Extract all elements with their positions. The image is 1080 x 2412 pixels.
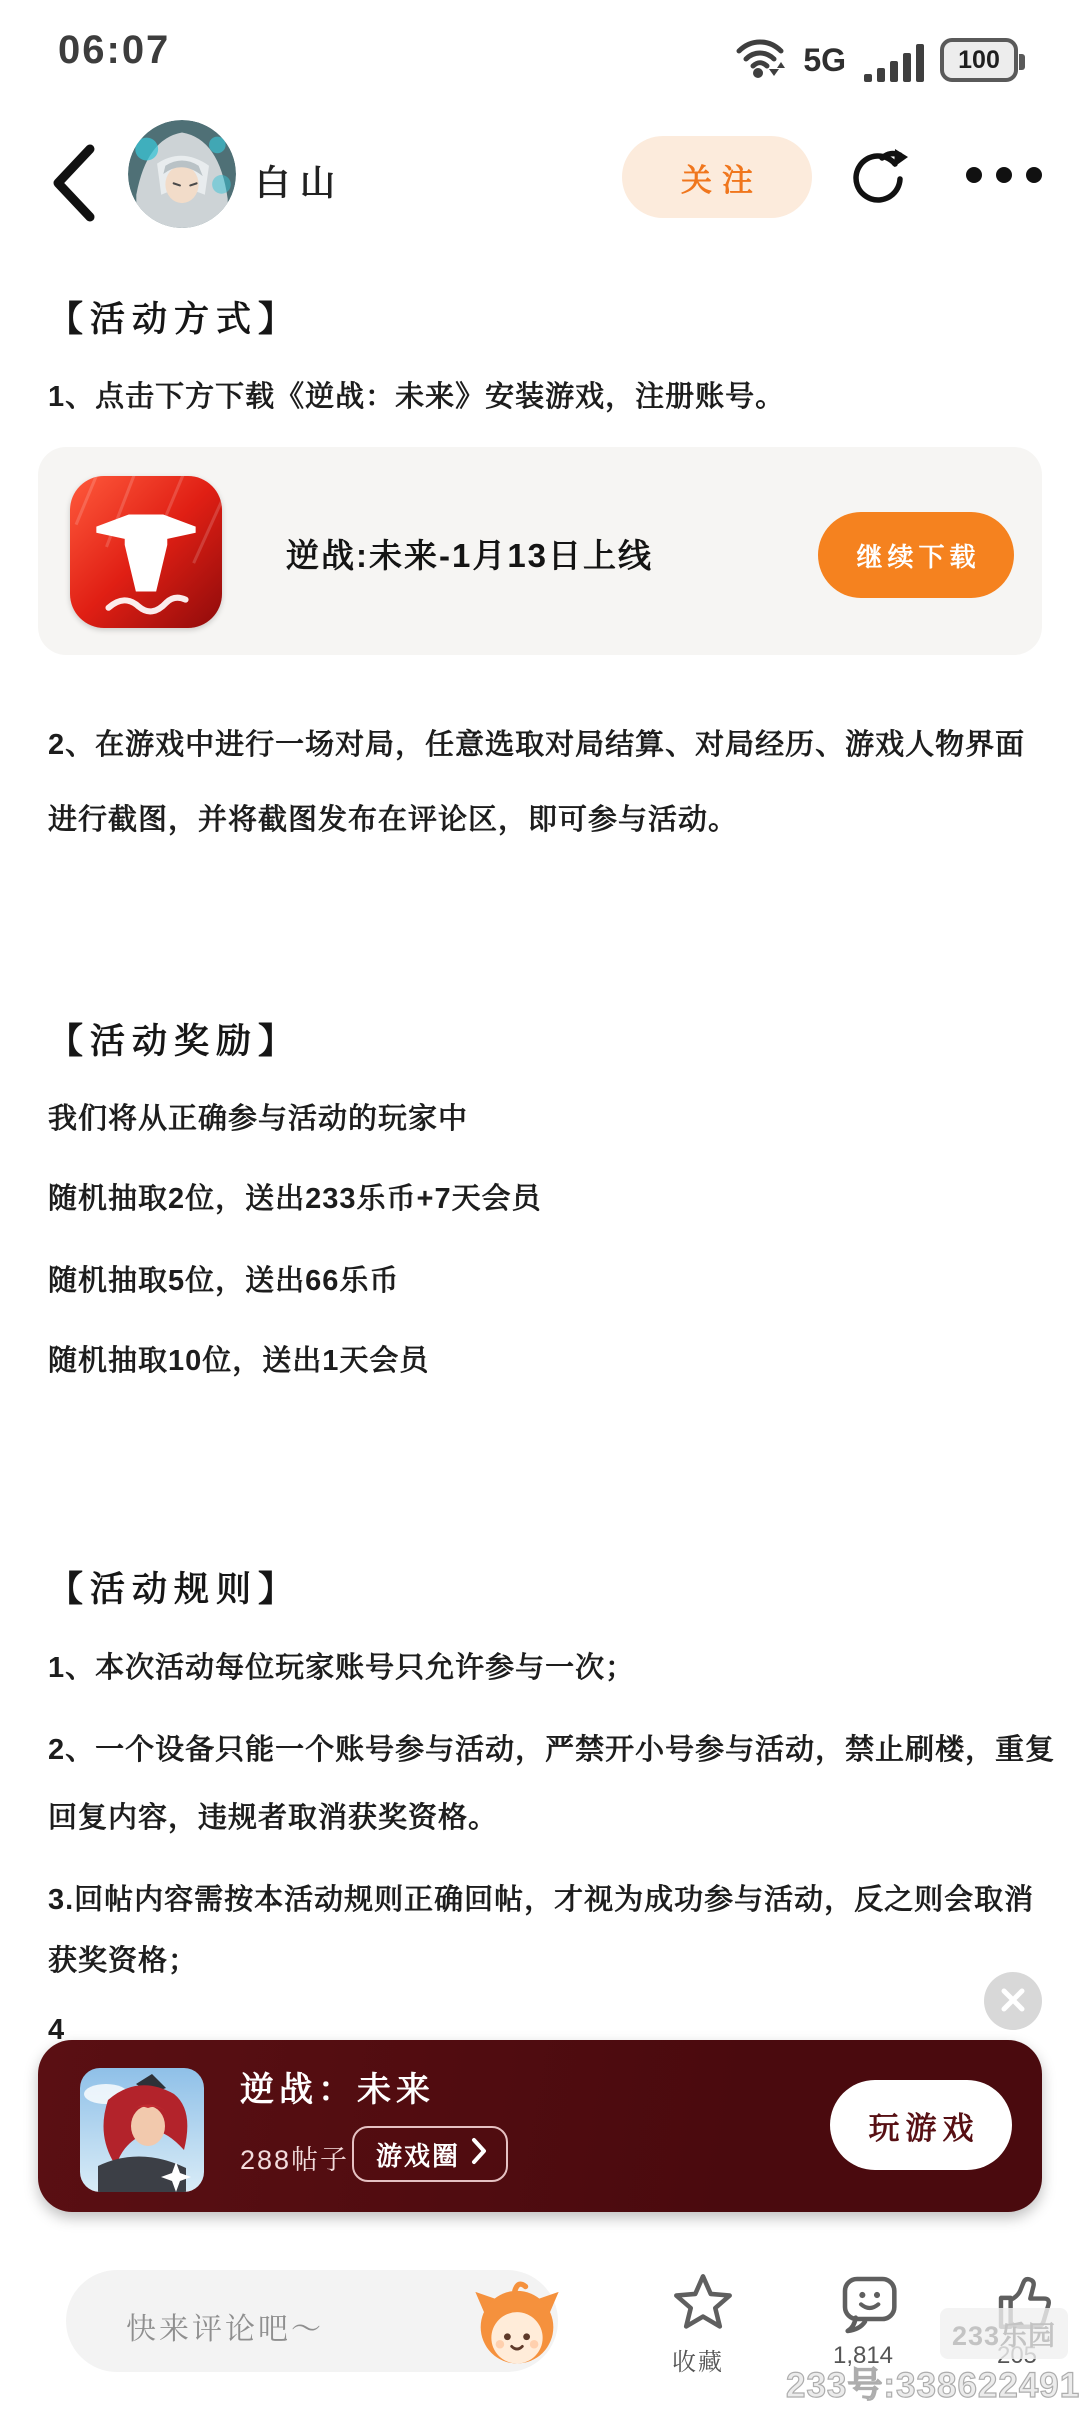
username[interactable]: 白山	[255, 156, 345, 206]
mascot-emoji-icon[interactable]	[470, 2278, 564, 2372]
reward-line1: 随机抽取2位，送出233乐币+7天会员	[48, 1176, 542, 1217]
wifi-icon	[735, 35, 787, 86]
close-button[interactable]	[984, 1972, 1042, 2030]
signal-bars-icon	[864, 38, 924, 82]
reward-line2: 随机抽取5位，送出66乐币	[48, 1258, 399, 1299]
rule2-line2: 回复内容，违规者取消获奖资格。	[48, 1795, 498, 1836]
rule3-line1: 3.回帖内容需按本活动规则正确回帖，才视为成功参与活动，反之则会取消	[48, 1877, 1034, 1918]
game-circle-label: 游戏圈	[376, 2136, 460, 2173]
game-circle-button[interactable]: 游戏圈	[352, 2126, 508, 2182]
follow-button-label: 关注	[681, 155, 763, 200]
favorite-button[interactable]	[664, 2270, 742, 2339]
favorite-label: 收藏	[666, 2342, 730, 2377]
back-chevron-icon	[46, 213, 102, 228]
rule2-line1: 2、一个设备只能一个账号参与活动，严禁开小号参与活动，禁止刷楼，重复	[48, 1727, 1055, 1768]
method-step1: 1、点击下方下载《逆战：未来》安装游戏，注册账号。	[48, 374, 785, 415]
status-time: 06:07	[58, 28, 170, 73]
promo-post-count: 288帖子	[240, 2138, 349, 2177]
battery-level: 100	[958, 46, 1000, 75]
network-type-label: 5G	[803, 42, 846, 79]
reward-line3: 随机抽取10位，送出1天会员	[48, 1338, 429, 1379]
star-icon	[670, 2323, 736, 2338]
comment-bubble-icon	[836, 2323, 902, 2338]
download-card-title: 逆战:未来-1月13日上线	[286, 530, 653, 577]
continue-download-button[interactable]: 继续下载	[818, 512, 1014, 598]
share-icon	[848, 197, 910, 212]
more-button[interactable]	[960, 166, 1048, 184]
continue-download-label: 继续下载	[856, 537, 980, 574]
back-button[interactable]	[40, 140, 108, 229]
comments-button[interactable]	[830, 2270, 908, 2339]
promo-game-title: 逆战：未来	[240, 2062, 435, 2111]
game-thumbnail	[80, 2068, 204, 2192]
screen: 06:07 5G 100	[0, 0, 1080, 2412]
more-icon	[966, 167, 982, 183]
reward-intro: 我们将从正确参与活动的玩家中	[48, 1096, 468, 1137]
watermark-id: 233号:338622491	[786, 2358, 1080, 2408]
avatar[interactable]	[128, 120, 236, 228]
rule3-line2: 获奖资格；	[48, 1938, 198, 1979]
section-title-method: 【活动方式】	[48, 292, 300, 342]
battery-icon: 100	[940, 38, 1018, 82]
close-icon	[998, 1985, 1028, 2018]
watermark-badge: 233乐园	[940, 2308, 1068, 2359]
chevron-right-icon	[470, 2137, 488, 2172]
method-step2-line1: 2、在游戏中进行一场对局，任意选取对局结算、对局经历、游戏人物界面	[48, 722, 1025, 763]
rule1: 1、本次活动每位玩家账号只允许参与一次；	[48, 1645, 635, 1686]
play-game-button[interactable]: 玩游戏	[830, 2080, 1012, 2170]
game-app-icon	[70, 476, 222, 628]
share-button[interactable]	[842, 146, 916, 213]
play-game-label: 玩游戏	[869, 2103, 980, 2148]
status-icons: 5G 100	[735, 34, 1018, 86]
method-step2-line2: 进行截图，并将截图发布在评论区，即可参与活动。	[48, 797, 738, 838]
section-title-reward: 【活动奖励】	[48, 1014, 300, 1064]
section-title-rules: 【活动规则】	[48, 1562, 300, 1612]
follow-button[interactable]: 关注	[622, 136, 812, 218]
comment-placeholder: 快来评论吧～	[126, 2304, 324, 2348]
